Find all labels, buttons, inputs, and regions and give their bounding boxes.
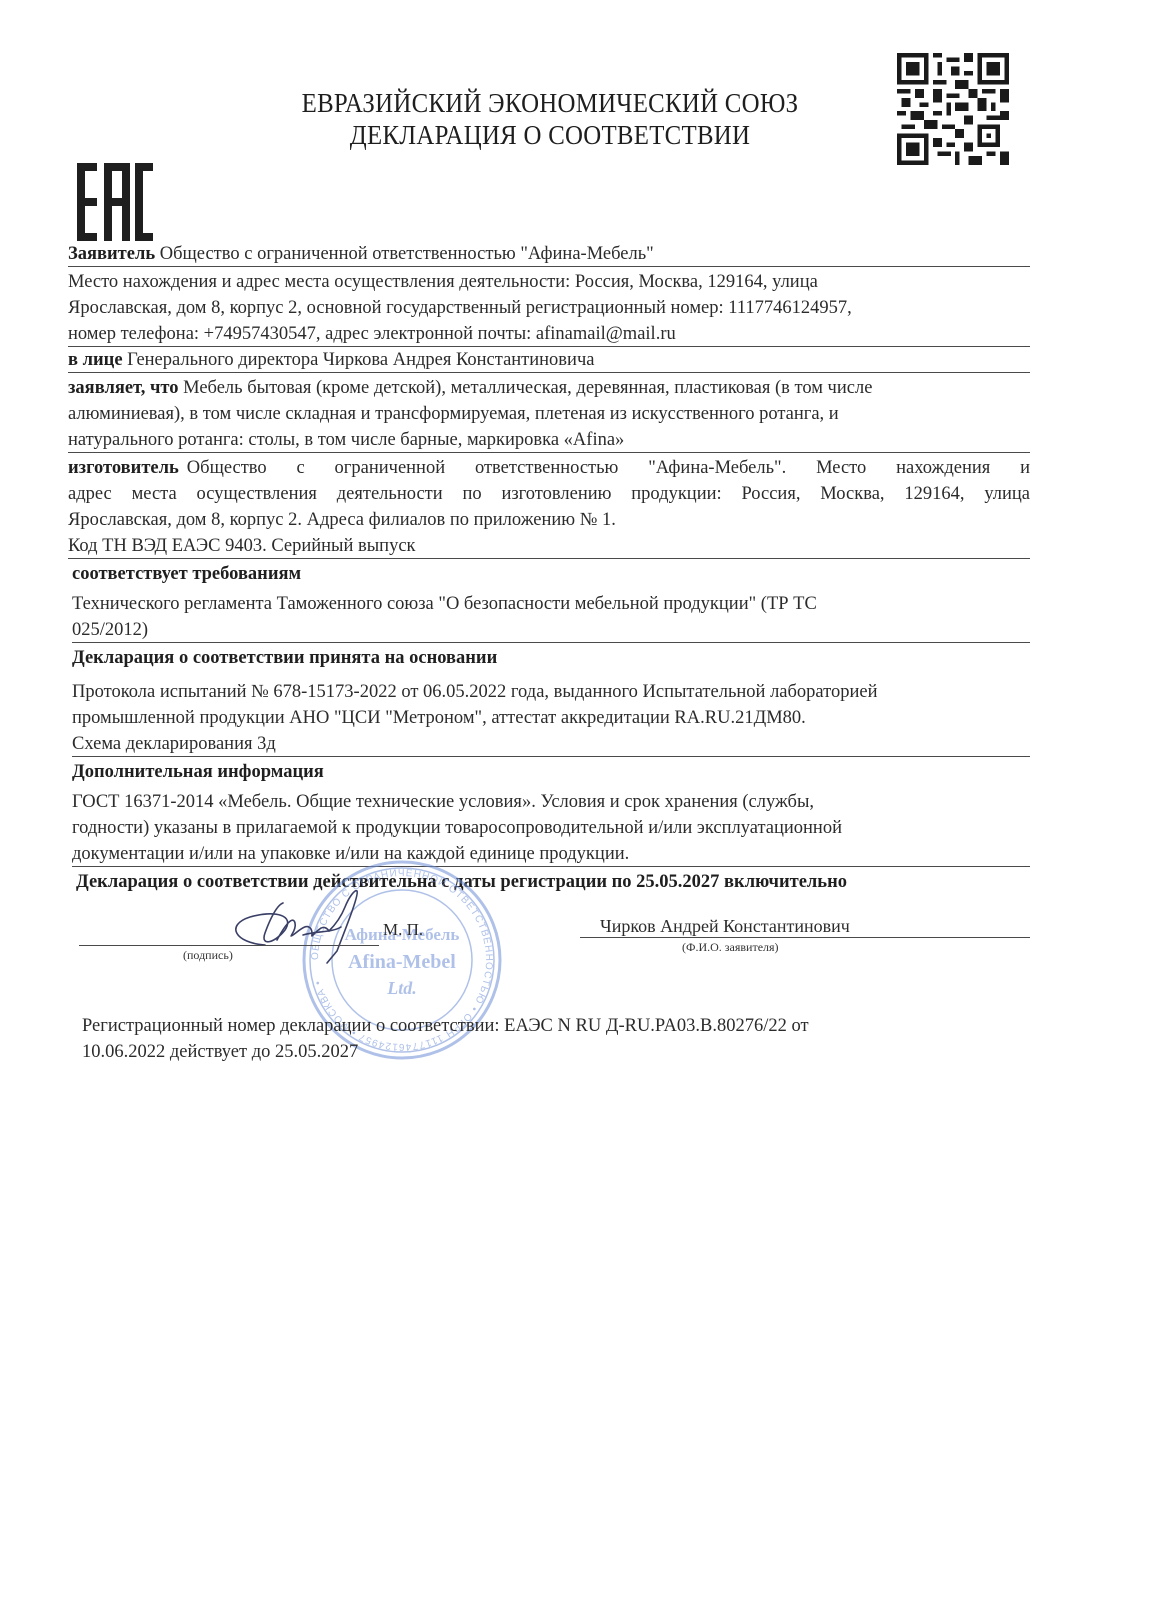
declares-line-3: натурального ротанга: столы, в том числе…	[68, 428, 1030, 452]
union-title: ЕВРАЗИЙСКИЙ ЭКОНОМИЧЕСКИЙ СОЮЗ	[228, 88, 872, 119]
additional-line-3: документации и/или на упаковке и/или на …	[72, 842, 1034, 866]
divider	[72, 642, 1030, 643]
manufacturer-line-1: изготовитель Общество с ограниченной отв…	[68, 456, 1030, 480]
name-line	[580, 937, 1030, 938]
conforms-line-1: Технического регламента Таможенного союз…	[72, 592, 1034, 616]
divider	[72, 756, 1030, 757]
address-line-2: Ярославская, дом 8, корпус 2, основной г…	[68, 296, 1030, 320]
manufacturer-line-3: Ярославская, дом 8, корпус 2. Адреса фил…	[68, 508, 1030, 532]
divider	[68, 346, 1030, 347]
manufacturer-text-1: Общество с ограниченной ответственностью…	[187, 456, 1030, 480]
declares-text-1: Мебель бытовая (кроме детской), металлич…	[183, 378, 872, 398]
stamp-text-bottom: Ltd.	[386, 978, 417, 998]
represented-by-value: Генерального директора Чиркова Андрея Ко…	[127, 350, 594, 370]
represented-by-field: в лице Генерального директора Чиркова Ан…	[68, 348, 1030, 372]
divider	[68, 558, 1030, 559]
basis-line-1: Протокола испытаний № 678-15173-2022 от …	[72, 680, 1034, 704]
applicant-value: Общество с ограниченной ответственностью…	[160, 244, 654, 264]
qr-code-icon	[897, 53, 1009, 165]
address-line-1: Место нахождения и адрес места осуществл…	[68, 270, 1030, 294]
applicant-name: Чирков Андрей Константинович	[600, 914, 1163, 938]
signature-line	[79, 945, 379, 946]
signature-caption: (подпись)	[183, 948, 233, 963]
applicant-label: Заявитель	[68, 244, 155, 264]
basis-heading: Декларация о соответствии принята на осн…	[72, 646, 1034, 670]
divider	[68, 266, 1030, 267]
name-caption: (Ф.И.О. заявителя)	[682, 940, 779, 955]
conforms-heading: соответствует требованиям	[72, 562, 1034, 586]
basis-line-2: промышленной продукции АНО "ЦСИ "Метроно…	[72, 706, 1034, 730]
declares-label: заявляет, что	[68, 378, 179, 398]
additional-line-2: годности) указаны в прилагаемой к продук…	[72, 816, 1034, 840]
manufacturer-line-2: адрес места осуществления деятельности п…	[68, 482, 1030, 506]
address-line-3: номер телефона: +74957430547, адрес элек…	[68, 322, 1030, 346]
eac-mark-icon	[77, 163, 153, 241]
additional-line-1: ГОСТ 16371-2014 «Мебель. Общие техническ…	[72, 790, 1034, 814]
additional-heading: Дополнительная информация	[72, 760, 1034, 784]
represented-by-label: в лице	[68, 350, 123, 370]
declares-line-1: заявляет, что Мебель бытовая (кроме детс…	[68, 376, 1030, 400]
manufacturer-label: изготовитель	[68, 456, 179, 480]
declaration-scheme: Схема декларирования 3д	[72, 732, 1034, 756]
document-title: ДЕКЛАРАЦИЯ О СООТВЕТСТВИИ	[228, 120, 872, 151]
divider	[68, 372, 1030, 373]
conforms-line-2: 025/2012)	[72, 618, 1034, 642]
declares-line-2: алюминиевая), в том числе складная и тра…	[68, 402, 1030, 426]
applicant-field: Заявитель Общество с ограниченной ответс…	[68, 242, 1030, 266]
signature-scribble-icon	[215, 885, 390, 965]
registration-line-2: 10.06.2022 действует до 25.05.2027	[82, 1040, 1044, 1064]
registration-line-1: Регистрационный номер декларации о соотв…	[82, 1014, 1044, 1038]
divider	[68, 452, 1030, 453]
hs-code-line: Код ТН ВЭД ЕАЭС 9403. Серийный выпуск	[68, 534, 1030, 558]
divider	[72, 866, 1030, 867]
